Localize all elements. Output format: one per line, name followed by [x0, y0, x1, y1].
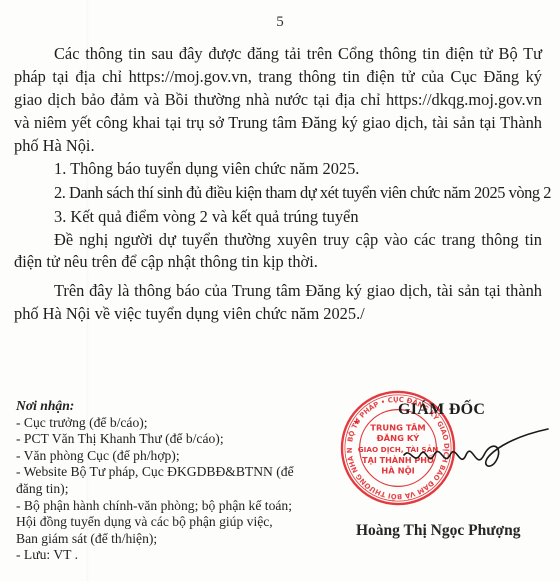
recipient-line: Hội đồng tuyển dụng và các bộ phận giúp … — [16, 514, 326, 531]
recipient-line: đăng tin); — [16, 481, 326, 498]
recipients-block: Nơi nhận: - Cục trưởng (để b/cáo); - PCT… — [16, 398, 326, 564]
paragraph-closing: Trên đây là thông báo của Trung tâm Đăng… — [14, 279, 542, 325]
recipient-line: - Cục trưởng (để b/cáo); — [16, 415, 326, 432]
page-number: 5 — [0, 14, 560, 31]
svg-text:★: ★ — [353, 417, 360, 426]
list-item: 3. Kết quả điểm vòng 2 và kết quả trúng … — [14, 205, 542, 229]
handwritten-signature-icon — [400, 425, 550, 480]
recipient-line: Ban giám sát (để th/hiện); — [16, 531, 326, 548]
document-body: Các thông tin sau đây được đăng tải trên… — [14, 42, 542, 325]
list-item: 1. Thông báo tuyển dụng viên chức năm 20… — [14, 157, 542, 181]
paragraph-publication-info: Các thông tin sau đây được đăng tải trên… — [14, 42, 542, 157]
recipient-line: - Văn phòng Cục (để ph/hợp); — [16, 448, 326, 465]
recipient-line: - Bộ phận hành chính-văn phòng; bộ phận … — [16, 498, 326, 515]
recipient-line: - Website Bộ Tư pháp, Cục ĐKGDBĐ&BTNN (đ… — [16, 464, 326, 481]
recipients-title: Nơi nhận: — [16, 398, 326, 415]
list-item: 2. Danh sách thí sinh đủ điều kiện tham … — [14, 181, 542, 205]
paragraph-advice: Đề nghị người dự tuyển thường xuyên truy… — [14, 229, 542, 273]
recipient-line: - Lưu: VT . — [16, 547, 326, 564]
signer-title: GIÁM ĐỐC — [398, 401, 485, 419]
signer-name: Hoàng Thị Ngọc Phượng — [356, 522, 520, 540]
recipient-line: - PCT Văn Thị Khanh Thư (để b/cáo); — [16, 431, 326, 448]
